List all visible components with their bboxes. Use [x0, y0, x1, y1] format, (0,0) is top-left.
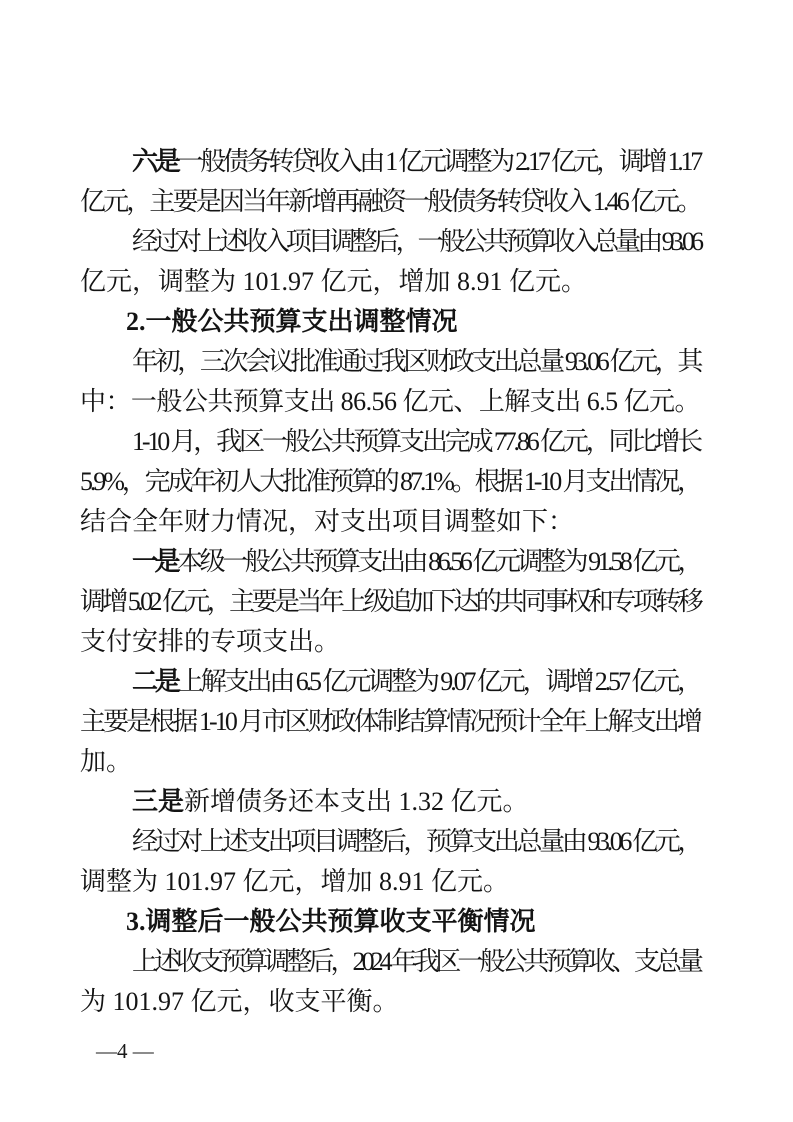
page-footer: —4 —	[96, 1039, 154, 1063]
text-line: 二是上解支出由 6.5 亿元调整为 9.07 亿元，调增 2.57 亿元，	[80, 662, 700, 702]
document-page: 六是一般债务转贷收入由 1 亿元调整为 2.17 亿元，调增 1.17亿元，主要…	[0, 0, 793, 1122]
text-line: 1-10 月，我区一般公共预算支出完成 77.86 亿元，同比增长	[80, 422, 700, 462]
text-line: 六是一般债务转贷收入由 1 亿元调整为 2.17 亿元，调增 1.17	[80, 142, 700, 182]
section-heading: 3.调整后一般公共预算收支平衡情况	[80, 902, 700, 942]
text-line: 一是本级一般公共预算支出由 86.56 亿元调整为 91.58 亿元，	[80, 542, 700, 582]
text-line: 经过对上述支出项目调整后，预算支出总量由 93.06 亿元，	[80, 822, 700, 862]
text-line: 亿元，主要是因当年新增再融资一般债务转贷收入 1.46 亿元。	[80, 182, 700, 222]
text-line: 5.9%，完成年初人大批准预算的 87.1%。根据 1-10 月支出情况，	[80, 462, 700, 502]
text-line: 三是新增债务还本支出 1.32 亿元。	[80, 782, 700, 822]
document-body: 六是一般债务转贷收入由 1 亿元调整为 2.17 亿元，调增 1.17亿元，主要…	[80, 142, 700, 1022]
page-number: —4 —	[96, 1039, 154, 1063]
text-line: 加。	[80, 742, 700, 782]
text-line: 中：一般公共预算支出 86.56 亿元、上解支出 6.5 亿元。	[80, 382, 700, 422]
text-line: 年初，三次会议批准通过我区财政支出总量 93.06 亿元，其	[80, 342, 700, 382]
text-line: 主要是根据 1-10 月市区财政体制结算情况预计全年上解支出增	[80, 702, 700, 742]
text-line: 调增 5.02 亿元，主要是当年上级追加下达的共同事权和专项转移	[80, 582, 700, 622]
text-line: 经过对上述收入项目调整后，一般公共预算收入总量由 93.06	[80, 222, 700, 262]
text-line: 支付安排的专项支出。	[80, 622, 700, 662]
text-line: 为 101.97 亿元，收支平衡。	[80, 982, 700, 1022]
text-line: 结合全年财力情况，对支出项目调整如下：	[80, 502, 700, 542]
text-line: 调整为 101.97 亿元，增加 8.91 亿元。	[80, 862, 700, 902]
text-line: 亿元，调整为 101.97 亿元，增加 8.91 亿元。	[80, 262, 700, 302]
text-line: 上述收支预算调整后，2024 年我区一般公共预算收、支总量	[80, 942, 700, 982]
section-heading: 2.一般公共预算支出调整情况	[80, 302, 700, 342]
